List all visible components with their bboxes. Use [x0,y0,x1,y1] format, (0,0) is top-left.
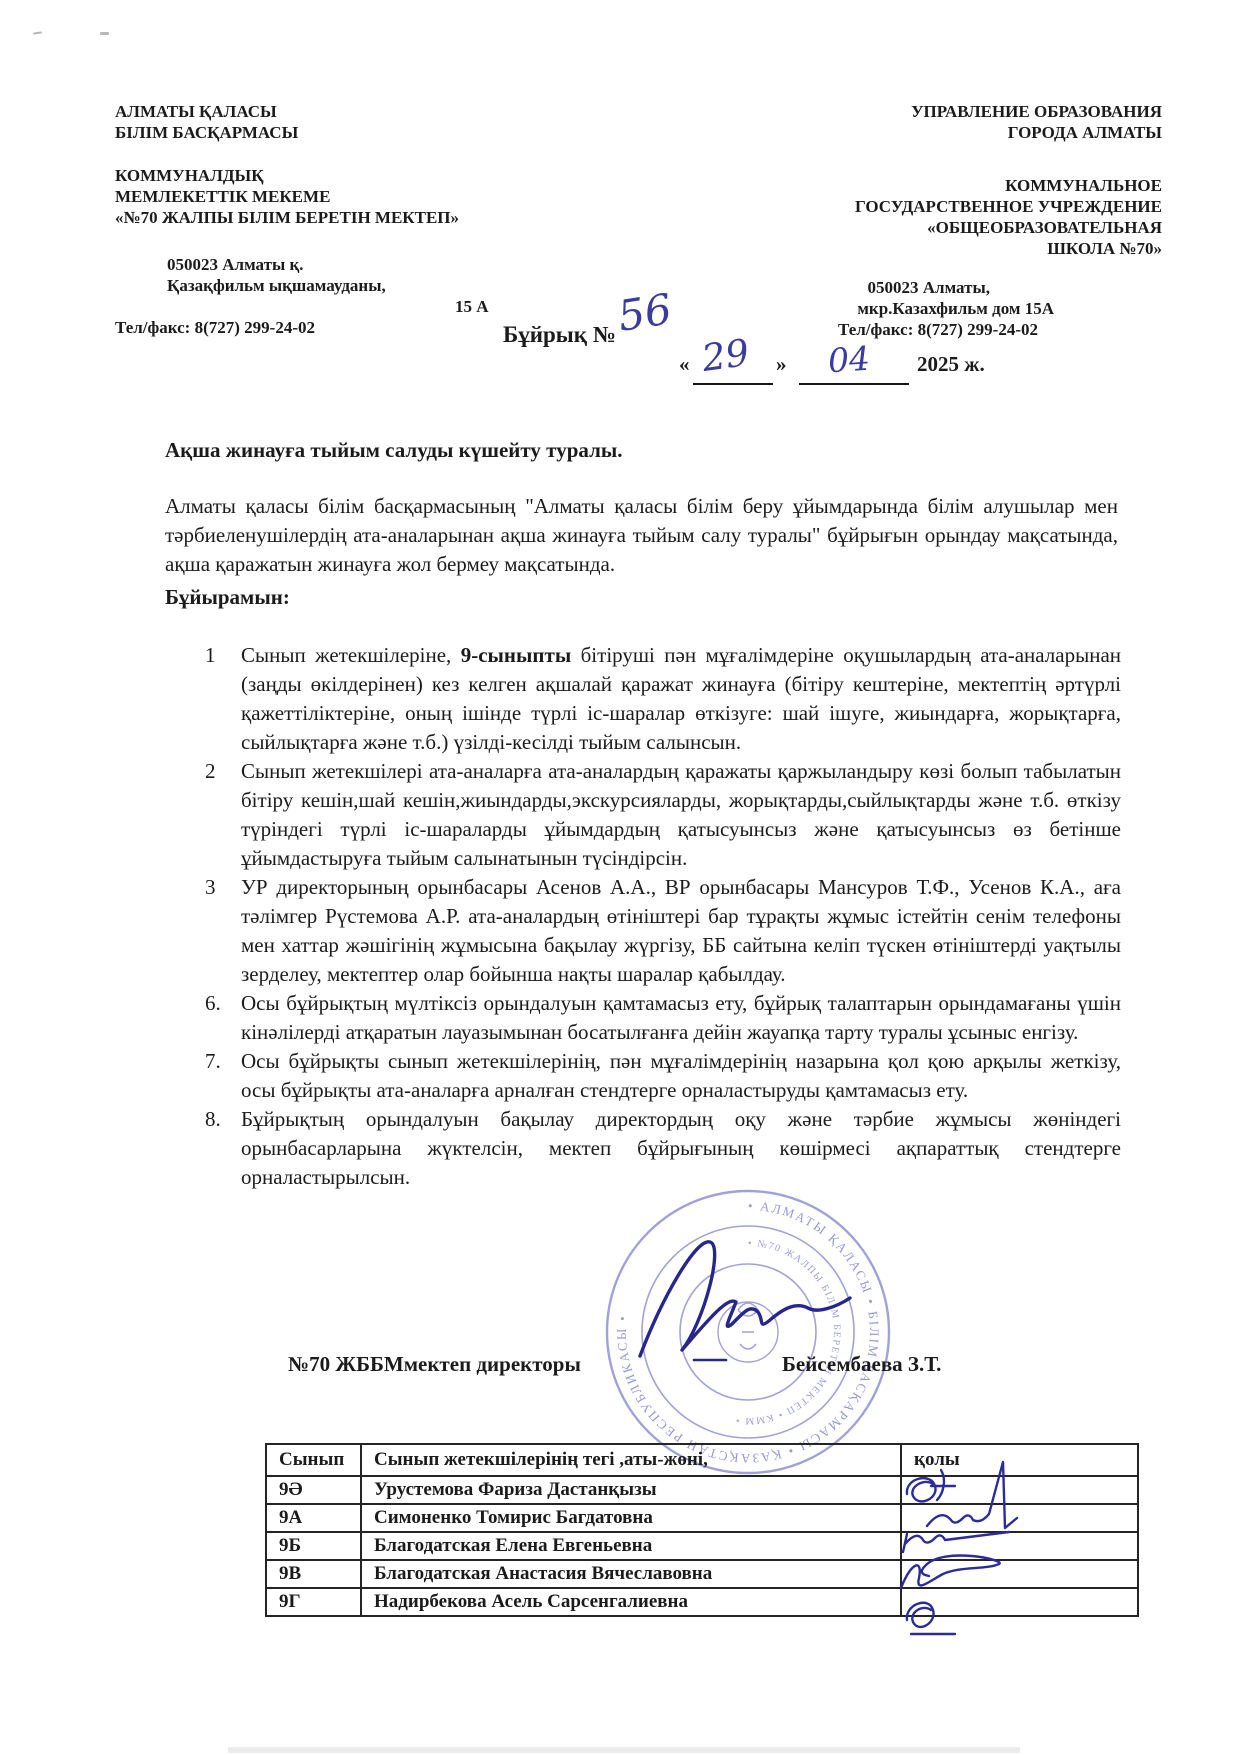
item-text-bold: 9-сыныпты [461,643,572,667]
resolve-word: Бұйырамын: [165,585,290,610]
date-quote-close: » [776,352,787,377]
col-header-teacher: Сынып жетекшілерінің тегі ,аты-жөні, [361,1444,901,1476]
teacher-cell: Надирбекова Асель Сарсенгалиевна [361,1588,901,1616]
order-item-8: 8. Бұйрықтың орындалуын бақылау директор… [205,1105,1121,1192]
date-year: 2025 ж. [917,352,985,377]
item-number: 2 [205,757,241,873]
address-line: 15 А [455,296,515,317]
order-subject: Ақша жинауға тыйым салуды күшейту туралы… [165,438,623,463]
item-number: 8. [205,1105,241,1192]
order-item-1: 1 Сынып жетекшілеріне, 9-сыныпты бітіруш… [205,641,1121,757]
letterhead-left: АЛМАТЫ ҚАЛАСЫ БІЛІМ БАСҚАРМАСЫ КОММУНАЛД… [115,101,515,338]
scan-artifact-mark [100,32,109,35]
date-month-handwritten: 04 [827,339,872,381]
teacher-cell: Благодатская Анастасия Вячеславовна [361,1560,901,1588]
order-items-list: 1 Сынып жетекшілеріне, 9-сыныпты бітіруш… [205,641,1121,1192]
intro-paragraph: Алматы қаласы білім басқармасының "Алмат… [165,492,1118,579]
phone-line: Тел/факс: 8(727) 299-24-02 [700,319,1162,340]
teacher-cell: Благодатская Елена Евгеньевна [361,1532,901,1560]
order-item-7: 7. Осы бұйрықты сынып жетекшілерінің, пә… [205,1047,1121,1105]
item-text-part: Сынып жетекшілеріне, [241,643,461,667]
class-cell: 9А [266,1504,361,1532]
org-line: КОММУНАЛЬНОЕ [700,175,1162,196]
phone-line: Тел/факс: 8(727) 299-24-02 [115,317,515,338]
org-line: КОММУНАЛДЫҚ [115,165,515,186]
item-number: 1 [205,641,241,757]
org-line: МЕМЛЕКЕТТІК МЕКЕМЕ [115,186,515,207]
address-line: Қазақфильм ықшамауданы, [167,275,515,296]
item-text: Сынып жетекшілеріне, 9-сыныпты бітіруші … [241,641,1121,757]
org-line: ШКОЛА №70» [700,238,1162,259]
dept-line: БІЛІМ БАСҚАРМАСЫ [115,122,515,143]
order-title-label: Бұйрық № [503,322,616,348]
class-cell: 9В [266,1560,361,1588]
class-cell: 9Б [266,1532,361,1560]
teacher-cell: Урустемова Фариза Дастанқызы [361,1476,901,1504]
item-number: 3 [205,873,241,989]
address-line: мкр.Казахфильм дом 15А [700,298,1162,319]
date-quote-open: « [679,352,690,377]
item-text: УР директорының орынбасары Асенов А.А., … [241,873,1121,989]
org-line: «ОБЩЕОБРАЗОВАТЕЛЬНАЯ [700,217,1162,238]
class-cell: 9Ә [266,1476,361,1504]
org-line: «№70 ЖАЛПЫ БІЛІМ БЕРЕТІН МЕКТЕП» [115,207,515,228]
letterhead-right: УПРАВЛЕНИЕ ОБРАЗОВАНИЯ ГОРОДА АЛМАТЫ КОМ… [700,101,1162,340]
col-header-class: Сынып [266,1444,361,1476]
date-day-handwritten: 29 [699,331,752,380]
order-number-handwritten: 56 [614,284,674,341]
item-number: 7. [205,1047,241,1105]
order-item-2: 2 Сынып жетекшілері ата-аналарға ата-ана… [205,757,1121,873]
item-number: 6. [205,989,241,1047]
scanned-order-document: АЛМАТЫ ҚАЛАСЫ БІЛІМ БАСҚАРМАСЫ КОММУНАЛД… [0,0,1242,1755]
item-text: Сынып жетекшілері ата-аналарға ата-анала… [241,757,1121,873]
school-round-stamp: • АЛМАТЫ ҚАЛАСЫ • БІЛІМ БАСҚАРМАСЫ • ҚАЗ… [596,1180,900,1484]
item-text: Осы бұйрықтың мүлтіксіз орындалуын қамта… [241,989,1121,1047]
scan-edge-shadow [228,1747,1020,1753]
order-item-6: 6. Осы бұйрықтың мүлтіксіз орындалуын қа… [205,989,1121,1047]
scan-artifact-mark [33,31,42,34]
dept-line: ГОРОДА АЛМАТЫ [700,122,1162,143]
director-name: Бейсембаева З.Т. [782,1352,941,1377]
dept-line: УПРАВЛЕНИЕ ОБРАЗОВАНИЯ [700,101,1162,122]
item-text: Бұйрықтың орындалуын бақылау директордың… [241,1105,1121,1192]
item-text: Осы бұйрықты сынып жетекшілерінің, пән м… [241,1047,1121,1105]
director-role: №70 ЖББМмектеп директоры [288,1352,581,1377]
address-line: 050023 Алматы, [700,277,1162,298]
teacher-signatures-ink [893,1452,1153,1642]
dept-line: АЛМАТЫ ҚАЛАСЫ [115,101,515,122]
class-cell: 9Г [266,1588,361,1616]
order-item-3: 3 УР директорының орынбасары Асенов А.А.… [205,873,1121,989]
teacher-cell: Симоненко Томирис Багдатовна [361,1504,901,1532]
address-line: 050023 Алматы қ. [167,254,515,275]
org-line: ГОСУДАРСТВЕННОЕ УЧРЕЖДЕНИЕ [700,196,1162,217]
